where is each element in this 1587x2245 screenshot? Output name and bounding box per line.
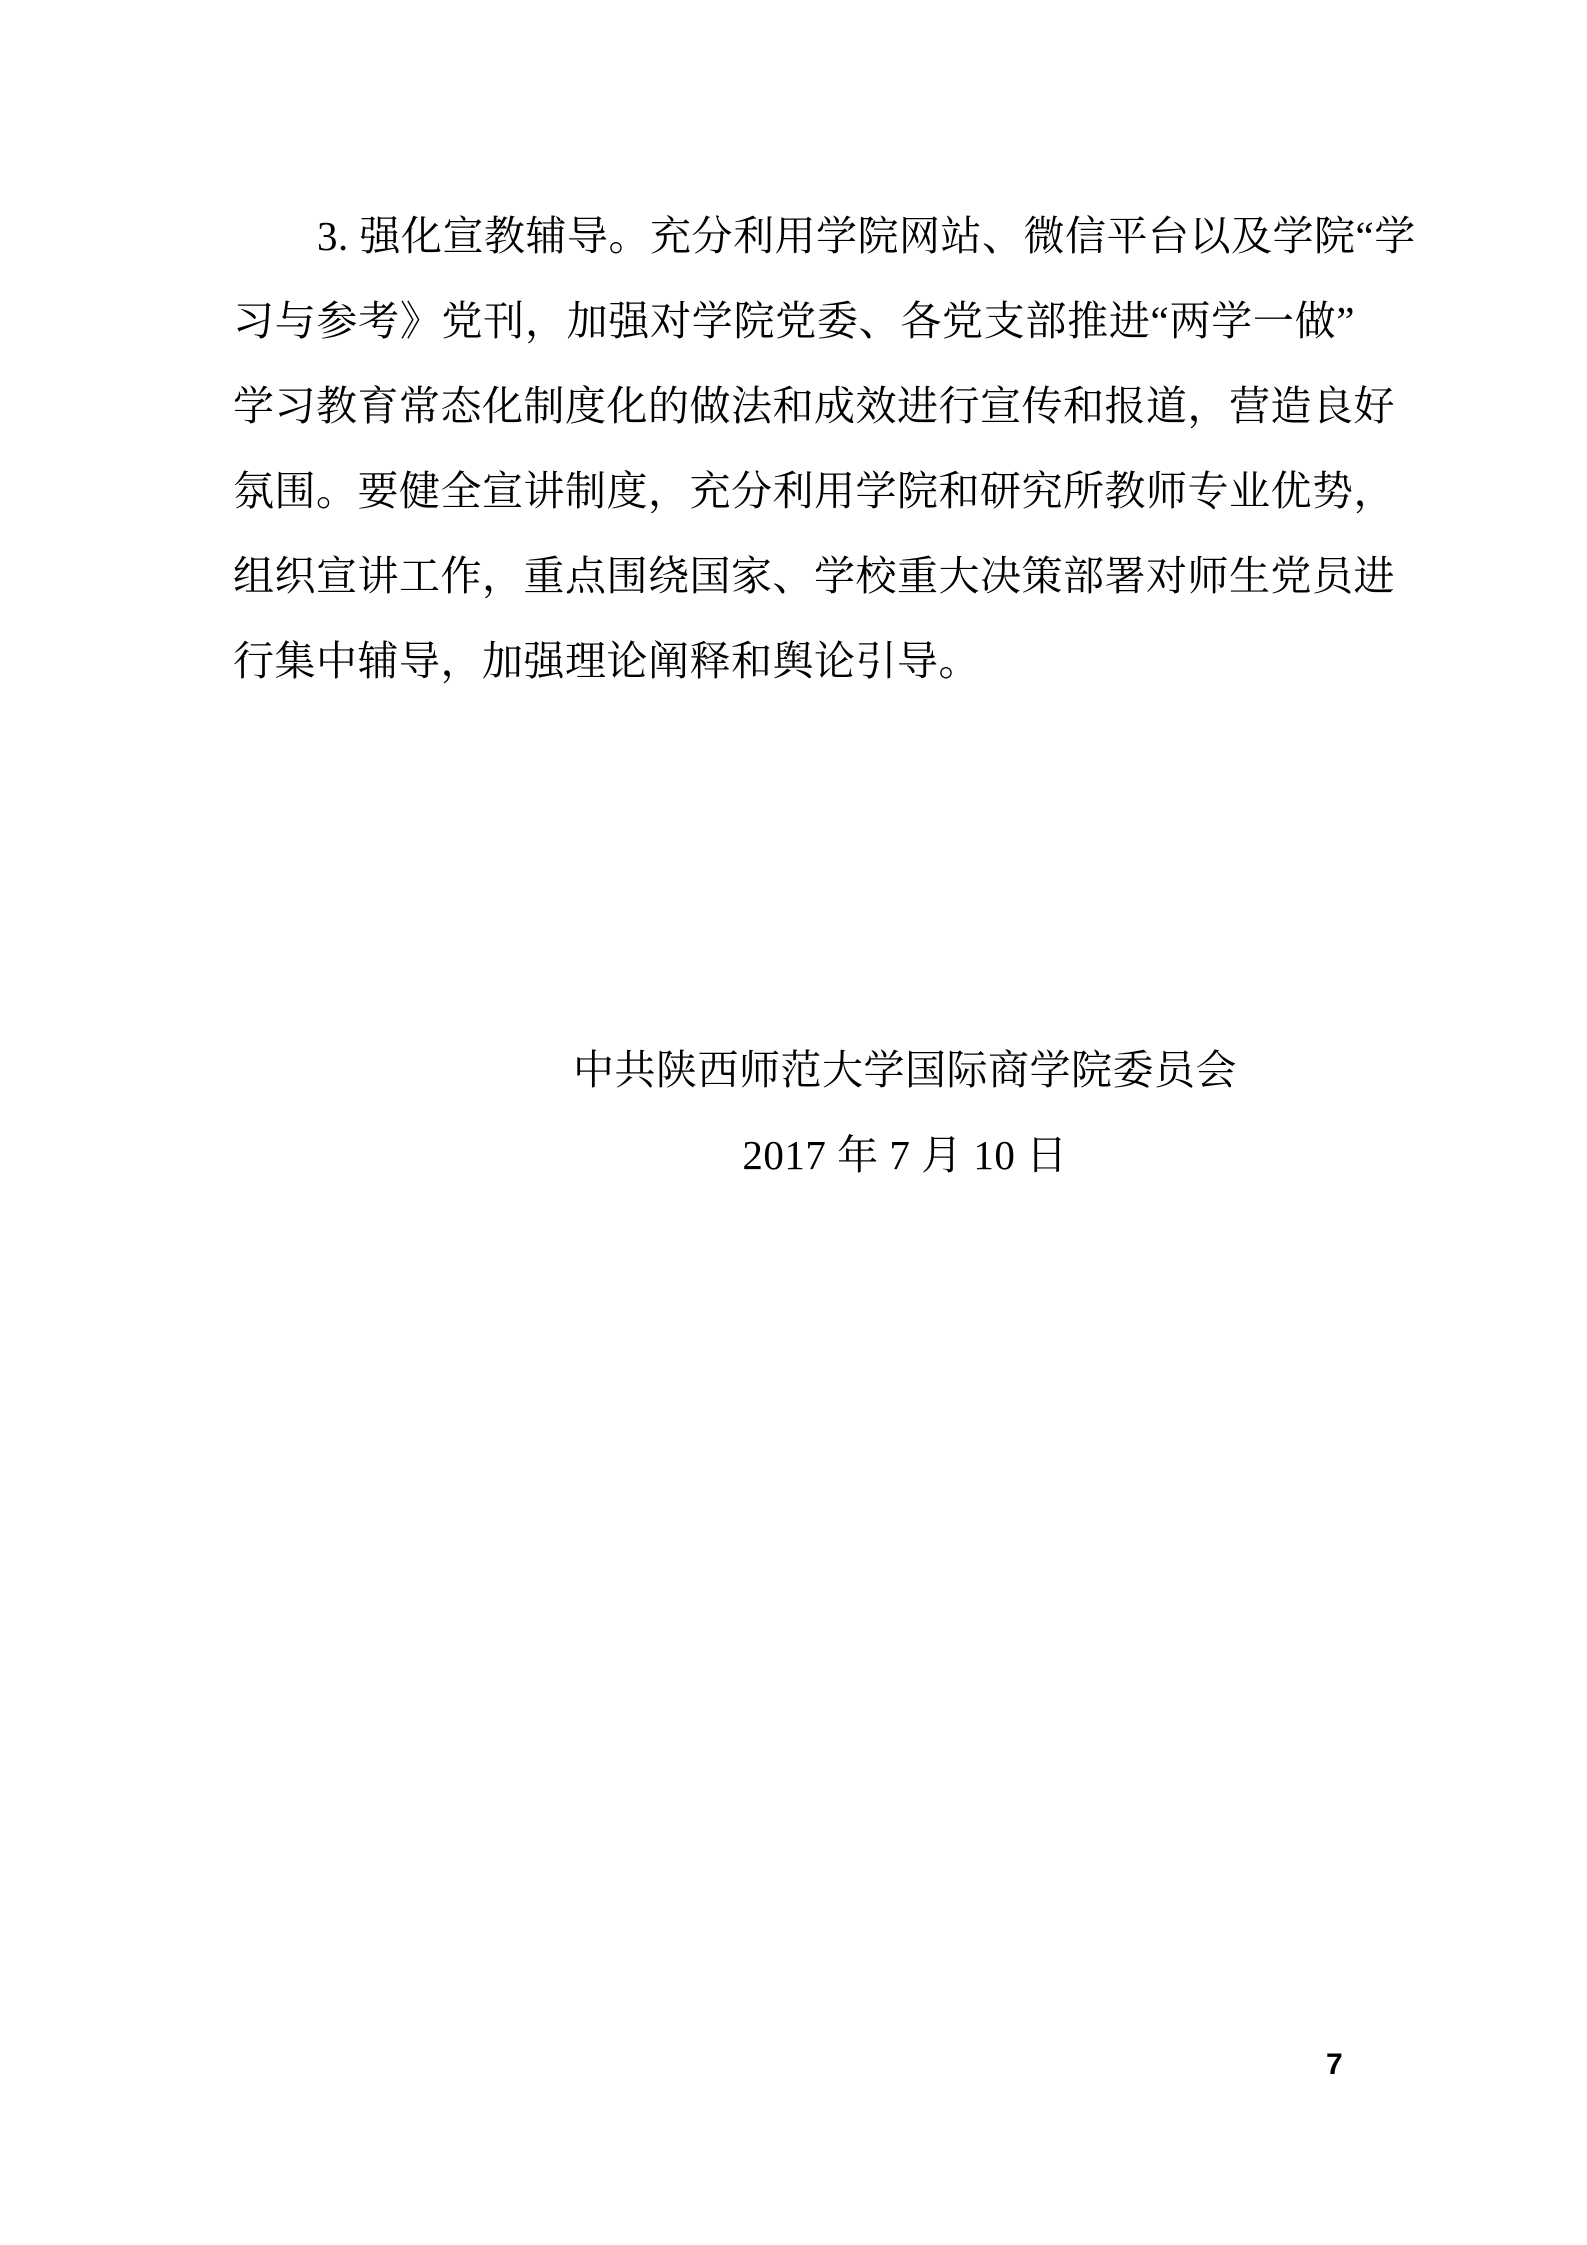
paragraph-line: 习与参考》党刊，加强对学院党委、各党支部推进“两学一做”: [233, 279, 1355, 364]
signature-date: 2017 年 7 月 10 日: [455, 1113, 1355, 1198]
paragraph-line: 组织宣讲工作，重点围绕国家、学校重大决策部署对师生党员进: [233, 534, 1355, 619]
signature-organization: 中共陕西师范大学国际商学院委员会: [455, 1028, 1355, 1113]
paragraph-line: 3. 强化宣教辅导。充分利用学院网站、微信平台以及学院“学: [233, 194, 1355, 279]
paragraph-line: 行集中辅导，加强理论阐释和舆论引导。: [233, 619, 1355, 704]
paragraph-line: 氛围。要健全宣讲制度，充分利用学院和研究所教师专业优势，: [233, 449, 1355, 534]
paragraph-line: 学习教育常态化制度化的做法和成效进行宣传和报道，营造良好: [233, 364, 1355, 449]
paragraph: 3. 强化宣教辅导。充分利用学院网站、微信平台以及学院“学 习与参考》党刊，加强…: [233, 194, 1355, 704]
signature-block: 中共陕西师范大学国际商学院委员会 2017 年 7 月 10 日: [233, 1028, 1355, 1198]
document-page: 3. 强化宣教辅导。充分利用学院网站、微信平台以及学院“学 习与参考》党刊，加强…: [0, 0, 1587, 2245]
page-number: 7: [1326, 2048, 1343, 2082]
